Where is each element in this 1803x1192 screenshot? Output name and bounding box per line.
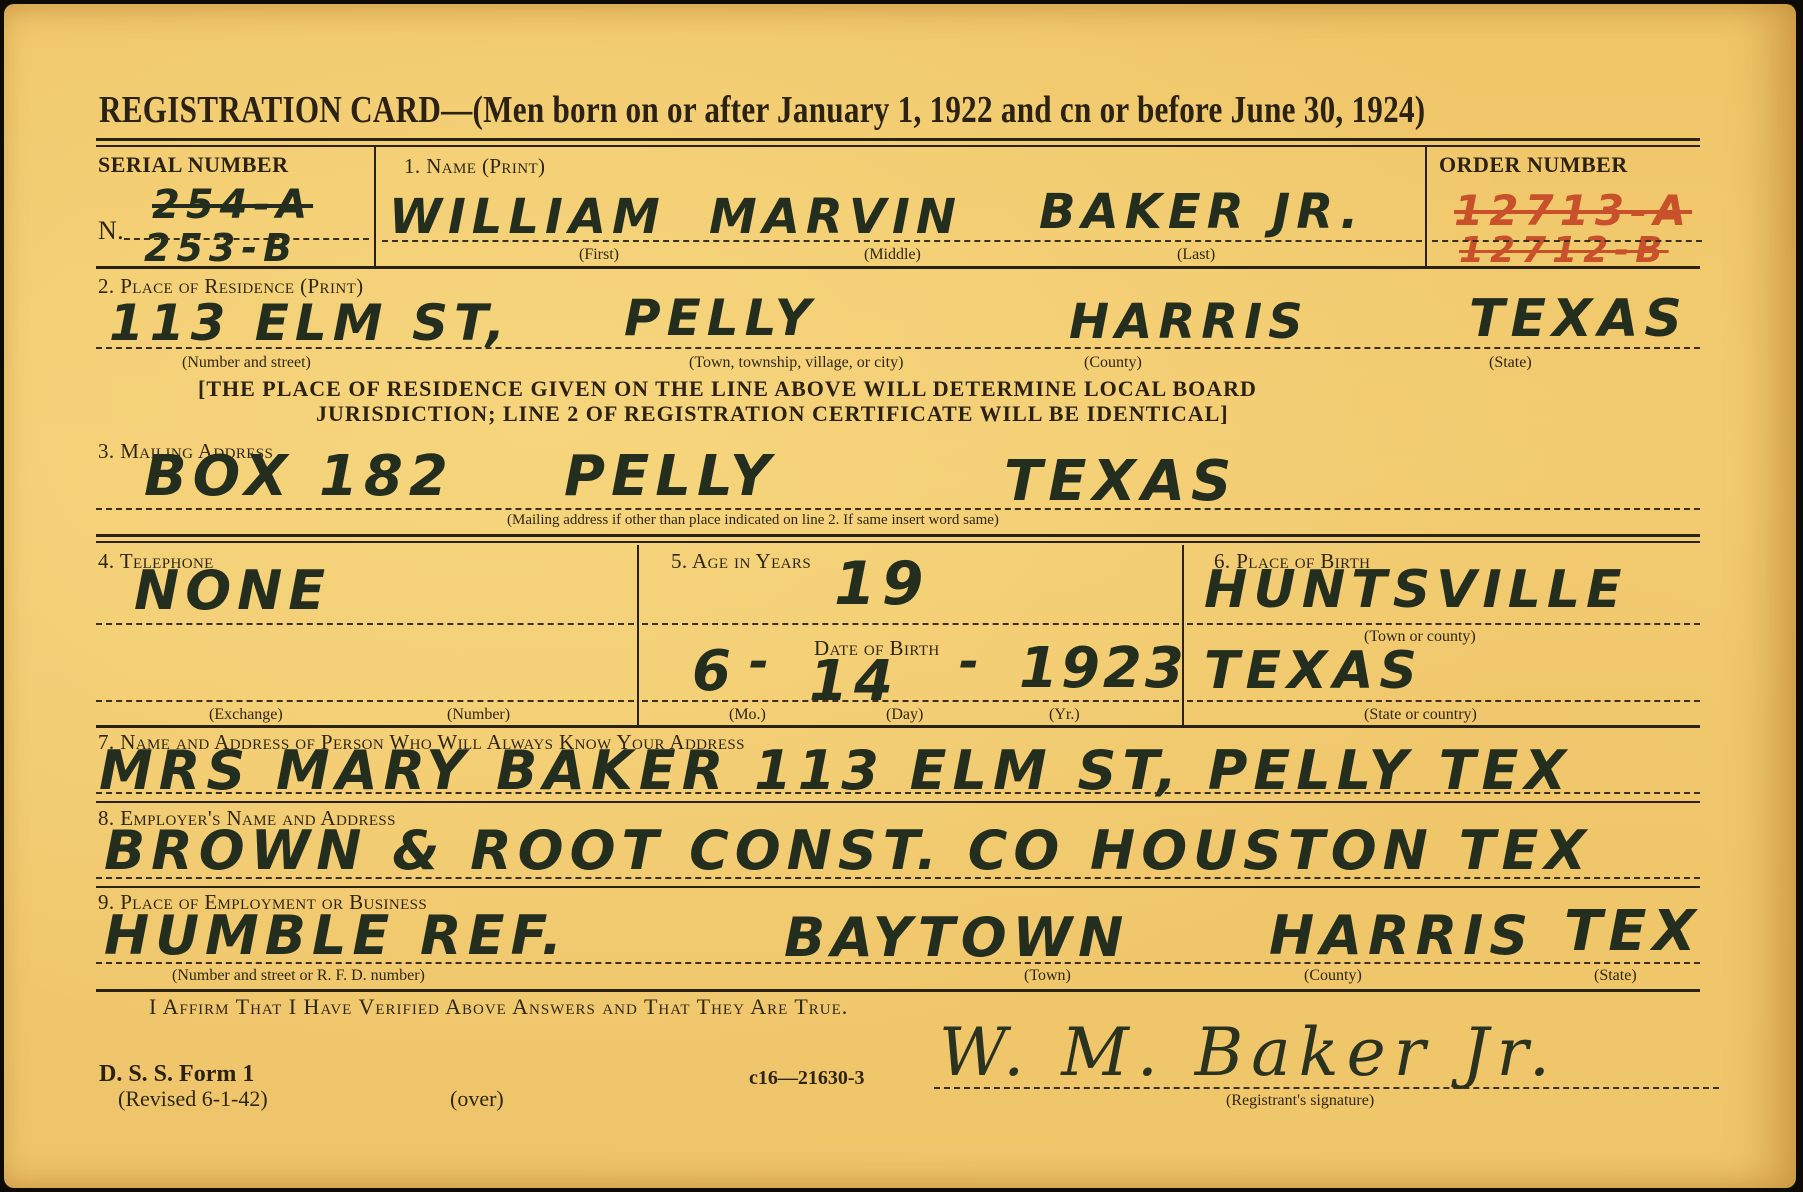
age-value: 19 — [834, 549, 930, 619]
employer-value: BROWN & ROOT CONST. CO HOUSTON TEX — [104, 819, 1592, 882]
employment-county-value: HARRIS — [1269, 904, 1534, 967]
employment-town-value: BAYTOWN — [784, 906, 1129, 969]
order-number-struck: 12713-A — [1454, 186, 1692, 235]
caption-employment-county: (County) — [1304, 967, 1362, 985]
serial-number-value: 253-B — [144, 226, 298, 270]
name-last-value: BAKER JR. — [1039, 184, 1364, 240]
dob-line — [642, 700, 1179, 702]
mailing-line — [96, 508, 1700, 510]
residence-town-value: PELLY — [624, 289, 817, 347]
residence-state-value: TEXAS — [1469, 289, 1688, 349]
box-row-bottom-rule — [96, 725, 1700, 728]
serial-number-struck: 254-A — [152, 182, 313, 228]
affirmation-text: I Affirm That I Have Verified Above Answ… — [149, 994, 848, 1020]
signature-caption: (Registrant's signature) — [1226, 1092, 1374, 1110]
employer-bottom-rule — [96, 886, 1700, 888]
caption-state-or-country: (State or country) — [1364, 706, 1477, 724]
residence-street-value: 113 ELM ST, — [109, 294, 511, 352]
name-line — [382, 240, 1422, 242]
over-note: (over) — [450, 1086, 504, 1112]
mailing-bottom-rule-inner — [96, 541, 1700, 543]
age-label: 5. Age in Years — [671, 549, 811, 574]
caption-day: (Day) — [886, 706, 923, 724]
name-label: 1. Name (Print) — [404, 154, 545, 179]
top-rule — [96, 138, 1700, 141]
telephone-age-divider — [637, 545, 639, 725]
caption-street: (Number and street) — [182, 354, 311, 372]
serial-divider — [374, 147, 376, 266]
print-code: c16—21630-3 — [749, 1067, 865, 1090]
caption-exchange: (Exchange) — [209, 706, 283, 724]
residence-line — [96, 347, 1700, 349]
residence-notice-line2: JURISDICTION; LINE 2 OF REGISTRATION CER… — [316, 401, 1229, 427]
serial-prefix: N. — [98, 216, 124, 246]
mailing-caption: (Mailing address if other than place ind… — [507, 512, 999, 529]
employment-bottom-rule — [96, 989, 1700, 992]
birthplace-line1 — [1187, 623, 1700, 625]
caption-employment-town: (Town) — [1024, 967, 1071, 985]
contact-line — [96, 792, 1700, 794]
caption-number: (Number) — [447, 706, 510, 724]
name-first-value: WILLIAM — [389, 189, 666, 245]
row1-bottom-rule — [96, 266, 1700, 269]
order-number-value: 12712-B — [1459, 230, 1669, 271]
employment-street-value: HUMBLE REF. — [104, 904, 568, 967]
caption-town: (Town, township, village, or city) — [689, 354, 903, 372]
dob-day-value: 14 — [809, 649, 899, 714]
residence-notice-line1: [THE PLACE OF RESIDENCE GIVEN ON THE LIN… — [198, 376, 1257, 402]
name-middle-value: MARVIN — [709, 189, 962, 245]
order-line — [1432, 240, 1702, 242]
telephone-value: NONE — [134, 559, 331, 622]
dob-month-value: 6 — [692, 639, 737, 704]
employer-line — [96, 877, 1700, 879]
form-revised: (Revised 6-1-42) — [118, 1086, 268, 1112]
caption-mo: (Mo.) — [729, 706, 766, 724]
card-title: REGISTRATION CARD—(Men born on or after … — [99, 88, 1425, 132]
caption-rfd: (Number and street or R. F. D. number) — [172, 967, 425, 985]
telephone-line1 — [96, 623, 634, 625]
dob-year-value: 1923 — [1019, 636, 1187, 701]
dob-sep2: - — [959, 634, 985, 690]
serial-line — [124, 238, 369, 240]
birthplace-town-value: HUNTSVILLE — [1204, 560, 1628, 620]
order-number-label: ORDER NUMBER — [1439, 152, 1628, 178]
mailing-state-value: TEXAS — [1004, 449, 1237, 514]
telephone-line2 — [96, 700, 634, 702]
contact-bottom-rule — [96, 801, 1700, 803]
employment-state-value: TEX — [1564, 899, 1702, 964]
mailing-town-value: PELLY — [564, 444, 777, 509]
registrant-signature: W. M. Baker Jr. — [939, 1014, 1558, 1091]
caption-yr: (Yr.) — [1049, 706, 1080, 724]
caption-county: (County) — [1084, 354, 1142, 372]
mailing-bottom-rule — [96, 534, 1700, 537]
caption-employment-state: (State) — [1594, 967, 1637, 985]
age-line — [642, 623, 1179, 625]
form-number: D. S. S. Form 1 — [99, 1061, 254, 1088]
order-divider — [1425, 147, 1427, 266]
serial-number-label: SERIAL NUMBER — [98, 152, 288, 178]
mailing-box-value: BOX 182 — [144, 444, 454, 509]
caption-first: (First) — [579, 246, 619, 264]
registration-card: REGISTRATION CARD—(Men born on or after … — [4, 4, 1796, 1188]
caption-last: (Last) — [1177, 246, 1215, 264]
dob-sep1: - — [749, 634, 775, 690]
employment-line — [96, 962, 1700, 964]
top-rule-inner — [96, 145, 1700, 147]
caption-middle: (Middle) — [864, 246, 921, 264]
birthplace-line2 — [1187, 700, 1700, 702]
birthplace-state-value: TEXAS — [1204, 641, 1423, 701]
signature-line — [934, 1087, 1719, 1089]
caption-state: (State) — [1489, 354, 1532, 372]
residence-county-value: HARRIS — [1069, 294, 1309, 350]
